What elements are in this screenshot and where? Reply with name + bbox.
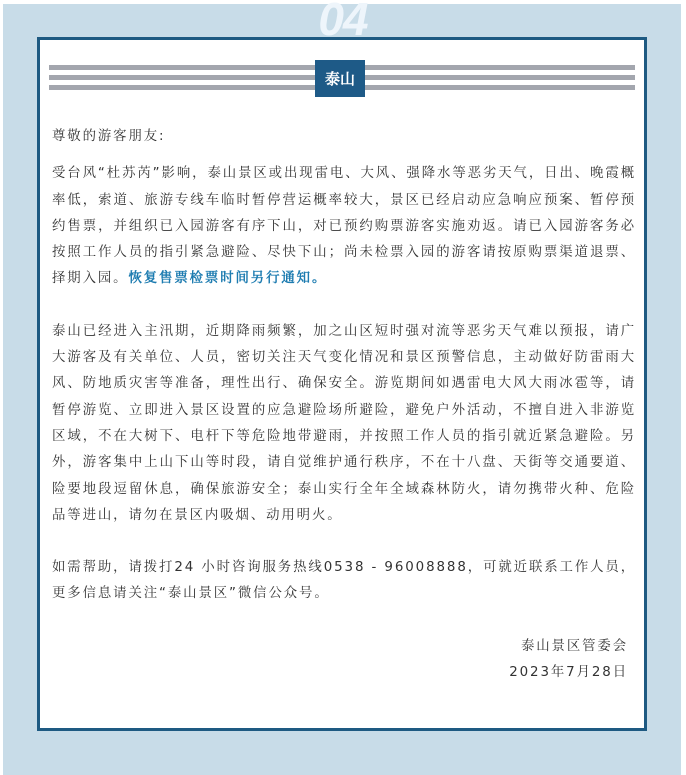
notice-card: 泰山 尊敬的游客朋友: 受台风“杜苏芮”影响，泰山景区或出现雷电、大风、强降水等… (37, 37, 647, 731)
paragraph-text: 受台风“杜苏芮”影响，泰山景区或出现雷电、大风、强降水等恶劣天气，日出、晚霞概率… (52, 166, 636, 286)
section-number: 04 (0, 0, 686, 42)
signature-organization: 泰山景区管委会 (52, 634, 628, 660)
paragraph-flood-season: 泰山已经进入主汛期，近期降雨频繁，加之山区短时强对流等恶劣天气难以预报，请广大游… (52, 319, 636, 529)
notice-content: 尊敬的游客朋友: 受台风“杜苏芮”影响，泰山景区或出现雷电、大风、强降水等恶劣天… (52, 124, 636, 686)
signature-date: 2023年7月28日 (52, 660, 628, 686)
greeting: 尊敬的游客朋友: (52, 124, 636, 150)
paragraph-contact: 如需帮助，请拨打24 小时咨询服务热线0538 - 96008888，可就近联系… (52, 555, 636, 608)
signature: 泰山景区管委会 2023年7月28日 (52, 634, 636, 687)
paragraph-typhoon: 受台风“杜苏芮”影响，泰山景区或出现雷电、大风、强降水等恶劣天气，日出、晚霞概率… (52, 161, 636, 292)
highlight-notice: 恢复售票检票时间另行通知。 (128, 271, 327, 286)
title-badge: 泰山 (315, 60, 365, 97)
